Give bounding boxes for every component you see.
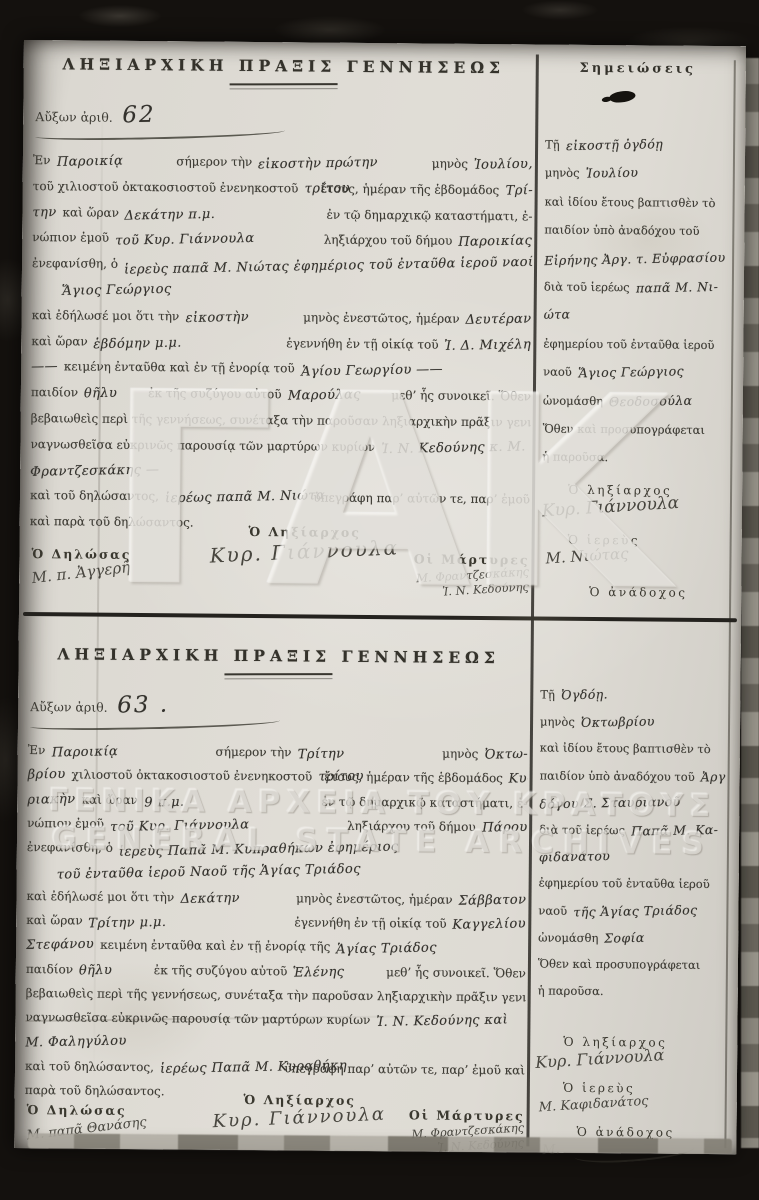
- text-segment: μηνὸς: [442, 742, 478, 767]
- ink-blot: [609, 89, 636, 104]
- serial-underline-flourish: [30, 716, 280, 731]
- text-segment: Μ. Φαληγύλου: [25, 1030, 127, 1056]
- text-segment: Ἰουλίου,: [474, 152, 533, 179]
- text-segment: Σάββατον: [458, 888, 526, 912]
- notes-line: μηνὸςἸουλίου: [545, 159, 731, 189]
- text-segment: ἐγεννήθη ἐν τῇ οἰκίᾳ τοῦ: [286, 331, 438, 358]
- notes-line: καὶ ἰδίου ἔτους βαπτισθὲν τὸ: [544, 187, 730, 217]
- text-segment: Τρί-: [505, 178, 533, 204]
- notes-line: παιδίον ὑπὸ ἀναδόχου τοῦἈργυ-: [539, 762, 725, 791]
- text-segment: διὰ τοῦ ἱερέως: [544, 272, 630, 301]
- text-segment: Ὅθεν καὶ προσυπογράφεται: [538, 951, 701, 979]
- witnesses-block: Οἱ Μάρτυρες Μ. Φραντζεσκάκης Ἰ. Ν. Κεδού…: [413, 551, 529, 597]
- form-line: Στεφάνουκειμένη ἐνταῦθα καὶ ἐν τῇ ἐνορίᾳ…: [26, 932, 526, 961]
- text-segment: μεθ’ ἧς συνοικεῖ. Ὅθεν: [386, 960, 526, 986]
- notes-line: Τῇεἰκοστῇ ὀγδόῃ: [545, 131, 731, 161]
- record-title: ΛΗΞΙΑΡΧΙΚΗ ΠΡΑΞΙΣ ΓΕΝΝΗΣΕΩΣ: [34, 54, 534, 77]
- declarer-block: Ὁ Δηλώσας Μ. παπᾶ Θανάσης: [26, 1102, 147, 1137]
- text-segment: ὠνομάσθη: [538, 925, 598, 953]
- notes-line: φιδανάτου: [539, 843, 725, 872]
- text-segment: παιδίον: [26, 957, 73, 982]
- text-segment: καὶ ἐδήλωσέ μοι ὅτι τὴν: [26, 884, 174, 910]
- text-segment: καὶ ὥραν: [62, 200, 119, 226]
- form-line: Φραντζεσκάκης —: [30, 458, 530, 488]
- notes-line: ναοῦἍγιος Γεώργιος: [543, 358, 729, 388]
- text-segment: χιλιοστοῦ ὀκτακοσιοστοῦ ἐνενηκοστοῦ: [71, 763, 312, 789]
- form-line: καὶ ὥρανΤρίτην μ.μ.ἐγεννήθη ἐν τῇ οἰκίᾳ …: [26, 908, 526, 937]
- serial-number: 62: [123, 102, 157, 129]
- record-body: ἘνΠαροικίᾳσήμερον τὴνΤρίτηνμηνὸςὈκτω- βρ…: [25, 738, 528, 1107]
- text-segment: Παπᾶ Μ. Κα-: [631, 816, 719, 844]
- signature-row-62: Ὁ Δηλώσας Μ. π. Ἀγγερῆ Ὁ Ληξίαρχος Κυρ. …: [29, 522, 530, 614]
- text-segment: ληξιάρχου τοῦ δήμου: [324, 228, 453, 255]
- text-segment: Παροικίᾳ: [51, 738, 210, 765]
- text-segment: τρίτου: [304, 176, 315, 202]
- notes-line: παιδίον ὑπὸ ἀναδόχου τοῦ: [544, 216, 730, 246]
- text-segment: εἰκοστὴν πρώτην: [258, 149, 426, 178]
- text-segment: μεθ’ ἧς συνοικεῖ. Ὅθεν: [391, 383, 531, 410]
- text-segment: βρίου: [27, 763, 65, 788]
- text-segment: Ἐν: [28, 738, 46, 762]
- form-line: καὶ ἐδήλωσέ μοι ὅτι τὴνεἰκοστὴνμηνὸς ἐνε…: [31, 303, 531, 333]
- text-segment: ἐν τῷ δημαρχικῷ καταστήματι, ἐ-: [326, 202, 532, 230]
- notes-line: καὶ ἰδίου ἔτους βαπτισθὲν τὸ: [540, 735, 726, 764]
- text-segment: τῆς Ἁγίας Τριάδος: [573, 897, 698, 926]
- text-segment: ἐνεφανίσθη, ὁ: [32, 251, 118, 278]
- text-segment: παιδίον ὑπὸ ἀναδόχου τοῦ: [544, 216, 699, 246]
- form-line: Ἅγιος Γεώργιος: [32, 277, 532, 307]
- text-segment: ἐκ τῆς συζύγου αὐτοῦ: [154, 958, 288, 983]
- text-segment: ἱερέως Παπᾶ Μ. Κυραθήκη: [160, 1055, 279, 1082]
- text-segment: παιδίον: [31, 380, 78, 406]
- text-segment: ὑπεγράφη παρ’ αὐτῶν τε, παρ’ ἐμοῦ: [313, 486, 530, 514]
- notes-line: Ὅθεν καὶ προσυπογράφεται: [543, 414, 729, 444]
- text-segment: Τρίτην μ.μ.: [88, 909, 288, 937]
- text-segment: ἐν τῷ δημαρχικῷ καταστήματι, ἐ-: [321, 789, 527, 815]
- text-segment: τοῦ Κυρ. Γιάννουλα: [115, 225, 318, 254]
- notes-godparent-label: Ὁ ἀνάδοχος: [589, 585, 687, 600]
- text-segment: θῆλυ: [84, 380, 143, 407]
- title-rule: [230, 83, 338, 89]
- text-segment: μηνὸς: [545, 159, 580, 188]
- text-segment: κειμένη ἐνταῦθα καὶ ἐν τῇ ἐνορίᾳ τοῦ: [64, 355, 295, 383]
- form-line: ἐνεφανίσθη, ὁἱερεὺς Παπᾶ Μ. Κυπραθήκων ἐ…: [27, 835, 527, 864]
- text-segment: την: [32, 200, 56, 226]
- text-segment: Πάρου: [481, 816, 527, 840]
- text-segment: ναγνωσθεῖσα εὐκρινῶς παρουσίᾳ τῶν μαρτύρ…: [25, 1005, 370, 1032]
- notes-registrar-signature: Κυρ. Γιάννουλα: [535, 1045, 665, 1072]
- registrar-block: Ὁ Ληξίαρχος Κυρ. Γιάννουλα: [185, 1091, 415, 1129]
- text-segment: ἡ παροῦσα.: [542, 443, 608, 472]
- text-segment: Ἁγίου Γεωργίου ——: [300, 356, 531, 385]
- text-segment: Μαρούλας: [287, 382, 385, 410]
- notes-line: διὰ τοῦ ἱερέωςπαπᾶ Μ. Νι-: [544, 272, 730, 302]
- text-segment: ἱερέως παπᾶ Μ. Νιώτα: [165, 484, 308, 513]
- text-segment: Ἀργυ-: [700, 763, 725, 790]
- text-segment: μηνὸς ἐνεστῶτος, ἡμέραν: [303, 305, 460, 332]
- text-segment: καὶ τοῦ δηλώσαντος,: [30, 483, 159, 510]
- text-segment: ἐνεφανίσθη, ὁ: [27, 835, 113, 860]
- text-segment: καὶ ἐδήλωσέ μοι ὅτι τὴν: [31, 303, 179, 330]
- form-line: καὶ ἐδήλωσέ μοι ὅτι τὴνΔεκάτηνμηνὸς ἐνεσ…: [26, 884, 526, 913]
- text-segment: τοῦ Κυρ. Γιάννουλα: [110, 811, 342, 839]
- text-segment: ἑβδόμην μ.μ.: [94, 329, 281, 358]
- text-segment: Δεκάτην π.μ.: [125, 200, 321, 229]
- text-segment: Τρίτην: [297, 741, 436, 767]
- text-segment: Ὅθεν καὶ προσυπογράφεται: [543, 414, 706, 444]
- notes-line: ώτα: [543, 301, 729, 331]
- notes-block-63: ΤῇὈγδόῃ. μηνὸςὈκτωβρίου καὶ ἰδίου ἔτους …: [538, 681, 727, 1007]
- form-line: παιδίονθῆλυἐκ τῆς συζύγου αὐτοῦΜαρούλαςμ…: [31, 380, 531, 410]
- text-segment: καὶ τοῦ δηλώσαντος,: [25, 1054, 154, 1079]
- notes-priest-label: Ὁ ἱερεὺς: [563, 1081, 635, 1096]
- form-line: ἐνεφανίσθη, ὁἱερεὺς παπᾶ Μ. Νιώτας ἐφημέ…: [32, 251, 532, 281]
- text-segment: Εἰρήνης Ἀργ. τ. Εὐφρασίου: [544, 244, 726, 274]
- serial-number: 63 .: [117, 692, 169, 719]
- declarer-signature: Μ. π. Ἀγγερῆ: [31, 558, 131, 587]
- text-segment: παπᾶ Μ. Νι-: [635, 273, 718, 303]
- notes-line: ὠνομάσθηΣοφία: [538, 924, 724, 953]
- text-segment: σήμερον τὴν: [176, 149, 252, 175]
- text-segment: Ἰ. Ν. Κεδούνης καὶ: [376, 1009, 508, 1034]
- form-line: ἘνΠαροικίᾳσήμερον τὴνΤρίτηνμηνὸςὈκτω-: [28, 738, 528, 767]
- text-segment: Παροικίας: [458, 229, 532, 256]
- notes-line: ὠνομάσθηΘεοδοσούλα: [543, 386, 729, 416]
- notes-priest-signature: Μ. Νιώτας: [545, 544, 629, 567]
- text-segment: Δεκάτην: [180, 886, 290, 912]
- text-segment: Τῇ: [545, 131, 560, 160]
- text-segment: ναοῦ: [538, 898, 567, 925]
- text-segment: εἰκοστὴν: [185, 304, 297, 332]
- registrar-signature: Κυρ. Γιάννουλα: [209, 535, 399, 567]
- text-segment: μηνὸς ἐνεστῶτος, ἡμέραν: [296, 886, 453, 912]
- serial-label: Αὔξων ἀριθ.: [30, 699, 108, 715]
- text-segment: Κυ-: [509, 767, 528, 791]
- text-segment: τοῦ ἐνταῦθα ἱεροῦ Ναοῦ τῆς Ἁγίας Τριάδος: [57, 860, 362, 889]
- text-segment: Ὀκτω-: [484, 743, 528, 767]
- text-segment: ληξιάρχου τοῦ δήμου: [347, 814, 476, 839]
- text-segment: παιδίον ὑπὸ ἀναδόχου τοῦ: [539, 763, 694, 791]
- notes-header: Σημειώσεις: [546, 61, 730, 78]
- title-rule: [224, 673, 332, 679]
- record-62: ΛΗΞΙΑΡΧΙΚΗ ΠΡΑΞΙΣ ΓΕΝΝΗΣΕΩΣ Αὔξων ἀριθ. …: [30, 54, 534, 539]
- text-segment: Ἅγιος Γεώργιος: [578, 358, 684, 388]
- text-segment: Παροικίᾳ: [56, 148, 170, 176]
- text-segment: δόγου Σ. Σταυριανοῦ: [539, 789, 681, 818]
- text-segment: Σοφία: [604, 924, 645, 952]
- text-segment: Τῇ: [540, 682, 555, 709]
- serial-underline-flourish: [35, 126, 285, 141]
- text-segment: φιδανάτου: [539, 843, 611, 871]
- text-segment: ναγνωσθεῖσα εὐκρινῶς παρουσίᾳ τῶν μαρτύρ…: [30, 432, 375, 461]
- text-segment: καὶ ὥραν: [81, 787, 138, 812]
- text-segment: ώτα: [543, 301, 570, 330]
- text-segment: ριακὴν: [27, 787, 75, 812]
- text-segment: Ἰουλίου: [585, 159, 638, 188]
- text-segment: ἐφημερίου τοῦ ἐνταῦθα ἱεροῦ: [539, 870, 710, 898]
- text-segment: τοῦ χιλιοστοῦ ὀκτακοσιοστοῦ ἐνενηκοστοῦ: [33, 174, 299, 202]
- text-segment: διὰ τοῦ ἱερέως: [539, 817, 625, 845]
- text-segment: καὶ ἰδίου ἔτους βαπτισθὲν τὸ: [540, 735, 711, 763]
- text-segment: Ἐν: [33, 148, 51, 174]
- declarer-block: Ὁ Δηλώσας Μ. π. Ἀγγερῆ: [31, 546, 131, 582]
- form-line: καὶ ὥρανἑβδόμην μ.μ.ἐγεννήθη ἐν τῇ οἰκίᾳ…: [31, 329, 531, 359]
- form-line: ἘνΠαροικίᾳσήμερον τὴνεἰκοστὴν πρώτηνμηνὸ…: [33, 148, 533, 178]
- text-segment: καὶ ὥραν: [31, 329, 88, 355]
- text-segment: Θεοδοσούλα: [609, 386, 693, 416]
- notes-line: ναοῦτῆς Ἁγίας Τριάδος: [538, 897, 724, 926]
- notes-line: Ὅθεν καὶ προσυπογράφεται: [538, 951, 724, 980]
- text-segment: ναοῦ: [543, 358, 572, 387]
- text-segment: μηνὸς: [432, 152, 468, 178]
- notes-line: διὰ τοῦ ἱερέωςΠαπᾶ Μ. Κα-: [539, 816, 725, 845]
- notes-line: ἡ παροῦσα.: [542, 443, 728, 473]
- notes-line: δόγου Σ. Σταυριανοῦ: [539, 789, 725, 818]
- text-segment: Φραντζεσκάκης —: [30, 458, 159, 486]
- text-segment: Ὀκτωβρίου: [581, 708, 655, 736]
- notes-line: ἐφημερίου τοῦ ἐνταῦθα ἱεροῦ: [543, 329, 729, 359]
- notes-registrar-signature: Κυρ. Γιάννουλα: [541, 493, 679, 521]
- text-segment: Ἁγίας Τριάδος: [336, 935, 526, 961]
- record-divider-rule: [23, 612, 737, 622]
- text-segment: Ἰ. Δ. Μιχέλη: [444, 332, 531, 359]
- text-segment: Ὀγδόῃ.: [561, 681, 608, 709]
- record-title: ΛΗΞΙΑΡΧΙΚΗ ΠΡΑΞΙΣ ΓΕΝΝΗΣΕΩΣ: [29, 644, 529, 667]
- text-segment: ὠνομάσθη: [543, 386, 603, 415]
- notes-line: ἡ παροῦσα.: [538, 978, 724, 1007]
- text-segment: Ἰ. Ν. Κεδούνης κ. Μ.: [381, 434, 526, 462]
- text-segment: Στεφάνου: [26, 933, 94, 959]
- text-segment: ἐφημερίου τοῦ ἐνταῦθα ἱεροῦ: [543, 329, 714, 359]
- text-segment: ἱερεὺς Παπᾶ Μ. Κυπραθήκων ἐφημέριος: [119, 836, 399, 864]
- form-line: τοῦ ἐνταῦθα ἱεροῦ Ναοῦ τῆς Ἁγίας Τριάδος: [27, 860, 527, 889]
- record-63: ΛΗΞΙΑΡΧΙΚΗ ΠΡΑΞΙΣ ΓΕΝΝΗΣΕΩΣ Αὔξων ἀριθ. …: [25, 644, 529, 1107]
- text-segment: νώπιον ἐμοῦ: [27, 811, 104, 836]
- form-line: παιδίονθῆλυἐκ τῆς συζύγου αὐτοῦἙλένηςμεθ…: [26, 957, 526, 986]
- text-segment: ἱερεὺς παπᾶ Μ. Νιώτας ἐφημέριος τοῦ ἐντα…: [124, 251, 532, 281]
- text-segment: θῆλυ: [79, 958, 148, 984]
- text-segment: καὶ ὥραν: [26, 908, 83, 933]
- notes-line: μηνὸςὈκτωβρίου: [540, 708, 726, 737]
- text-segment: Καγγελίου: [452, 912, 526, 936]
- registrar-signature: Κυρ. Γιάννουλα: [213, 1104, 387, 1133]
- text-segment: ——: [31, 354, 58, 380]
- text-segment: καὶ ἰδίου ἔτους βαπτισθὲν τὸ: [544, 187, 715, 217]
- notes-block-62: Τῇεἰκοστῇ ὀγδόῃ μηνὸςἸουλίου καὶ ἰδίου ἔ…: [542, 131, 731, 473]
- text-segment: Δευτέραν: [465, 306, 531, 333]
- text-segment: εἰκοστῇ ὀγδόῃ: [565, 131, 663, 161]
- serial-label: Αὔξων ἀριθ.: [35, 109, 113, 125]
- notes-lines: Τῇεἰκοστῇ ὀγδόῃ μηνὸςἸουλίου καὶ ἰδίου ἔ…: [542, 131, 731, 473]
- notes-line: ἐφημερίου τοῦ ἐνταῦθα ἱεροῦ: [539, 870, 725, 899]
- text-segment: ἡ παροῦσα.: [538, 978, 604, 1006]
- text-segment: νώπιον ἐμοῦ: [32, 225, 109, 251]
- text-segment: κειμένη ἐνταῦθα καὶ ἐν τῇ ἐνορίᾳ τῆς: [100, 933, 330, 959]
- text-segment: 9 π.μ.: [144, 788, 316, 816]
- notes-line: Εἰρήνης Ἀργ. τ. Εὐφρασίου: [544, 244, 730, 274]
- notes-line: ΤῇὈγδόῃ.: [540, 681, 726, 710]
- registrar-block: Ὁ Ληξίαρχος Κυρ. Γιάννουλα: [189, 523, 419, 564]
- notes-priest-signature: Μ. Καφιδανάτος: [538, 1094, 649, 1116]
- registry-page: ΛΗΞΙΑΡΧΙΚΗ ΠΡΑΞΙΣ ΓΕΝΝΗΣΕΩΣ Αὔξων ἀριθ. …: [14, 40, 746, 1154]
- text-segment: Ἑλένης: [293, 960, 380, 986]
- text-segment: σήμερον τὴν: [215, 740, 291, 765]
- text-segment: μηνὸς: [540, 709, 575, 736]
- form-line: Μ. Φαληγύλου: [25, 1030, 525, 1059]
- text-segment: ἐκ τῆς συζύγου αὐτοῦ: [148, 381, 282, 408]
- notes-lines: ΤῇὈγδόῃ. μηνὸςὈκτωβρίου καὶ ἰδίου ἔτους …: [538, 681, 727, 1007]
- record-body: ἘνΠαροικίᾳσήμερον τὴνεἰκοστὴν πρώτηνμηνὸ…: [30, 148, 533, 539]
- text-segment: Ἅγιος Γεώργιος: [62, 277, 172, 305]
- text-segment: ἐγεννήθη ἐν τῇ οἰκίᾳ τοῦ: [294, 910, 446, 936]
